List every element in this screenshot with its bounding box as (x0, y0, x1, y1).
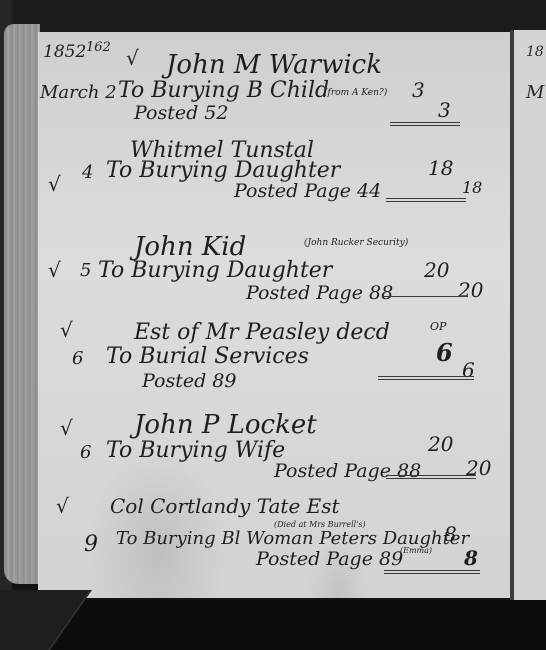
entry-description: To Burying B Child (118, 78, 329, 103)
check-mark: √ (126, 46, 139, 70)
entry-amount: 20 (428, 432, 453, 456)
header-year: 1852 (43, 42, 86, 62)
entry-date: March 2 (40, 82, 117, 103)
entry-note: (from A Ken?) (324, 88, 387, 98)
total-rule (384, 573, 480, 574)
total-rule (386, 201, 466, 202)
check-mark: √ (48, 172, 61, 196)
check-mark: √ (56, 494, 69, 518)
entry-name: Est of Mr Peasley decd (134, 320, 390, 345)
total-rule (386, 475, 476, 476)
entry-total: 20 (466, 456, 491, 480)
entry-amount: 20 (424, 258, 449, 282)
total-rule (378, 376, 474, 377)
entry-amount: 6 (436, 338, 453, 367)
facing-year-fragment: 18 (526, 44, 544, 60)
entry-name: Col Cortlandy Tate Est (110, 494, 340, 518)
entry-description: To Burying Wife (106, 438, 285, 463)
entry-amount: 18 (428, 156, 453, 180)
entry-name: John M Warwick (166, 50, 382, 80)
total-rule (378, 379, 474, 380)
entry-name: John P Locket (134, 410, 317, 440)
entry-date: 9 (84, 532, 98, 557)
total-rule (390, 122, 460, 123)
entry-posted: Posted 89 (142, 370, 236, 392)
entry-date: 6 (72, 348, 83, 369)
entry-note: (John Rucker Security) (304, 238, 408, 248)
check-mark: √ (48, 258, 61, 282)
entry-date: 4 (82, 162, 93, 183)
entry-date: 6 (80, 442, 91, 463)
scan-background-top (0, 0, 546, 36)
entry-total: 8 (464, 546, 478, 570)
ledger-page: 1852 162 √ John M Warwick March 2 To Bur… (38, 32, 510, 598)
total-rule (390, 125, 460, 126)
entry-amount: 8 (444, 522, 457, 546)
entry-total: 18 (462, 178, 482, 197)
total-rule (386, 478, 476, 479)
entry-posted: Posted Page 89 (256, 548, 403, 570)
facing-page: 18 M (514, 30, 546, 604)
page-edges (4, 24, 40, 584)
entry-description: To Burial Services (106, 344, 309, 369)
entry-posted: Posted Page 44 (234, 180, 381, 202)
scan-background-bottom (0, 600, 546, 650)
entry-posted: Posted 52 (134, 102, 228, 124)
entry-date: 5 (80, 260, 91, 281)
check-mark: √ (60, 416, 73, 440)
entry-total: 3 (438, 98, 451, 122)
total-rule (384, 570, 480, 571)
total-rule (382, 296, 468, 297)
entry-note-2: (Emma) (400, 546, 432, 555)
facing-month-fragment: M (526, 82, 544, 103)
amount-note: OP (430, 320, 446, 333)
entry-posted: Posted Page 88 (246, 282, 393, 304)
check-mark: √ (60, 318, 73, 342)
entry-description: To Burying Daughter (98, 258, 332, 283)
header-page-number: 162 (86, 40, 111, 55)
entry-total: 20 (458, 278, 483, 302)
total-rule (386, 198, 466, 199)
entry-amount: 3 (412, 78, 425, 102)
